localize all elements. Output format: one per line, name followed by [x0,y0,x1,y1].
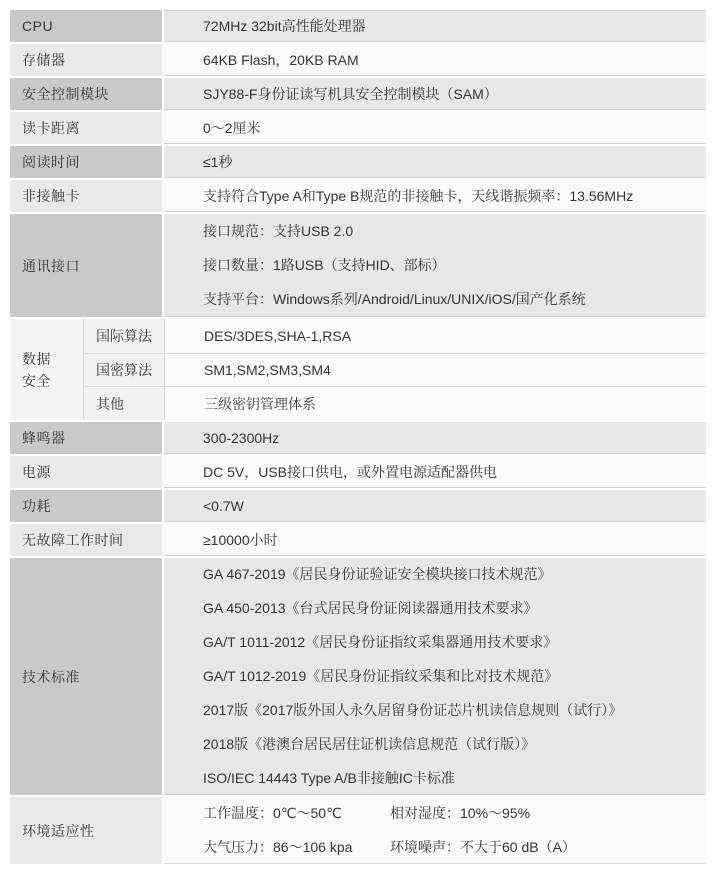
spec-row: 无故障工作时间≥10000小时 [10,524,706,556]
spec-value: SJY88-F身份证读写机具安全控制模块（SAM） [164,78,706,110]
spec-value: 300-2300Hz [164,422,706,454]
spec-row: 功耗<0.7W [10,490,706,522]
spec-label: 非接触卡 [10,180,164,212]
spec-row: 非接触卡支持符合Type A和Type B规范的非接触卡，天线谐振频率：13.5… [10,180,706,212]
spec-subrow-group: 国际算法DES/3DES,SHA-1,RSA国密算法SM1,SM2,SM3,SM… [84,319,706,420]
spec-value-item: 相对湿度：10%～95% [390,796,706,830]
spec-row: 读卡距离0～2厘米 [10,112,706,144]
spec-row: CPU72MHz 32bit高性能处理器 [10,10,706,42]
spec-label: CPU [10,10,164,42]
spec-group-label-text: 数据安全 [22,348,51,392]
spec-subvalue: 三级密钥管理体系 [165,386,706,420]
spec-value-line: 支持平台：Windows系列/Android/Linux/UNIX/iOS/国产… [203,282,586,316]
spec-label: 通讯接口 [10,214,164,317]
spec-label: 环境适应性 [10,797,164,864]
spec-value-item: 大气压力：86～106 kpa [203,830,390,864]
spec-value-item: 环境噪声：不大于60 dB（A） [390,830,706,864]
spec-value-line: 接口规范：支持USB 2.0 [203,214,353,248]
spec-sublabel: 其他 [84,386,165,420]
spec-row: 存储器64KB Flash，20KB RAM [10,44,706,76]
spec-row: 安全控制模块SJY88-F身份证读写机具安全控制模块（SAM） [10,78,706,110]
spec-value-line: 2017版《2017版外国人永久居留身份证芯片机读信息规则（试行）》 [203,693,622,727]
spec-value-line: GA 450-2013《台式居民身份证阅读器通用技术要求》 [203,591,538,625]
spec-label: 技术标准 [10,558,164,795]
spec-table: CPU72MHz 32bit高性能处理器存储器64KB Flash，20KB R… [10,10,706,864]
spec-row: 蜂鸣器300-2300Hz [10,422,706,454]
spec-value: 0～2厘米 [164,112,706,144]
spec-label: 电源 [10,456,164,488]
spec-row: 阅读时间≤1秒 [10,146,706,178]
spec-label: 蜂鸣器 [10,422,164,454]
spec-label: 无故障工作时间 [10,524,164,556]
spec-row: 通讯接口接口规范：支持USB 2.0接口数量：1路USB（支持HID、部标）支持… [10,214,706,317]
spec-subvalue: DES/3DES,SHA-1,RSA [165,319,706,353]
spec-value-grid: 工作温度：0℃～50℃相对湿度：10%～95%大气压力：86～106 kpa环境… [164,797,706,864]
spec-label: 功耗 [10,490,164,522]
spec-sheet-page: CPU72MHz 32bit高性能处理器存储器64KB Flash，20KB R… [0,0,713,876]
spec-row: 技术标准GA 467-2019《居民身份证验证安全模块接口技术规范》GA 450… [10,558,706,795]
spec-value-list: GA 467-2019《居民身份证验证安全模块接口技术规范》GA 450-201… [164,558,706,795]
spec-value-item: 工作温度：0℃～50℃ [203,796,390,830]
spec-label: 安全控制模块 [10,78,164,110]
spec-value-line: GA/T 1011-2012《居民身份证指纹采集器通用技术要求》 [203,625,557,659]
spec-sublabel: 国密算法 [84,353,165,387]
spec-value-line: ISO/IEC 14443 Type A/B非接触IC卡标准 [203,761,455,795]
spec-label: 阅读时间 [10,146,164,178]
spec-value: 64KB Flash，20KB RAM [164,44,706,76]
spec-label: 读卡距离 [10,112,164,144]
spec-value-line: GA 467-2019《居民身份证验证安全模块接口技术规范》 [203,557,552,591]
spec-row: 环境适应性工作温度：0℃～50℃相对湿度：10%～95%大气压力：86～106 … [10,797,706,864]
spec-subrow: 国际算法DES/3DES,SHA-1,RSA [84,319,706,353]
spec-label: 存储器 [10,44,164,76]
spec-value-line: 接口数量：1路USB（支持HID、部标） [203,248,446,282]
spec-sublabel: 国际算法 [84,319,165,353]
spec-value: 支持符合Type A和Type B规范的非接触卡，天线谐振频率：13.56MHz [164,180,706,212]
spec-group-label: 数据安全 [10,319,84,420]
spec-value: ≤1秒 [164,146,706,178]
spec-group-row: 数据安全国际算法DES/3DES,SHA-1,RSA国密算法SM1,SM2,SM… [10,319,706,420]
spec-value: 72MHz 32bit高性能处理器 [164,10,706,42]
spec-value-line: 2018版《港澳台居民居住证机读信息规范（试行版）》 [203,727,535,761]
spec-value: ≥10000小时 [164,524,706,556]
spec-value-list: 接口规范：支持USB 2.0接口数量：1路USB（支持HID、部标）支持平台：W… [164,214,706,317]
spec-row: 电源DC 5V，USB接口供电，或外置电源适配器供电 [10,456,706,488]
spec-subrow: 国密算法SM1,SM2,SM3,SM4 [84,353,706,387]
spec-value: <0.7W [164,490,706,522]
spec-value-line: GA/T 1012-2019《居民身份证指纹采集和比对技术规范》 [203,659,558,693]
spec-subvalue: SM1,SM2,SM3,SM4 [165,353,706,387]
spec-value: DC 5V，USB接口供电，或外置电源适配器供电 [164,456,706,488]
spec-subrow: 其他三级密钥管理体系 [84,386,706,420]
